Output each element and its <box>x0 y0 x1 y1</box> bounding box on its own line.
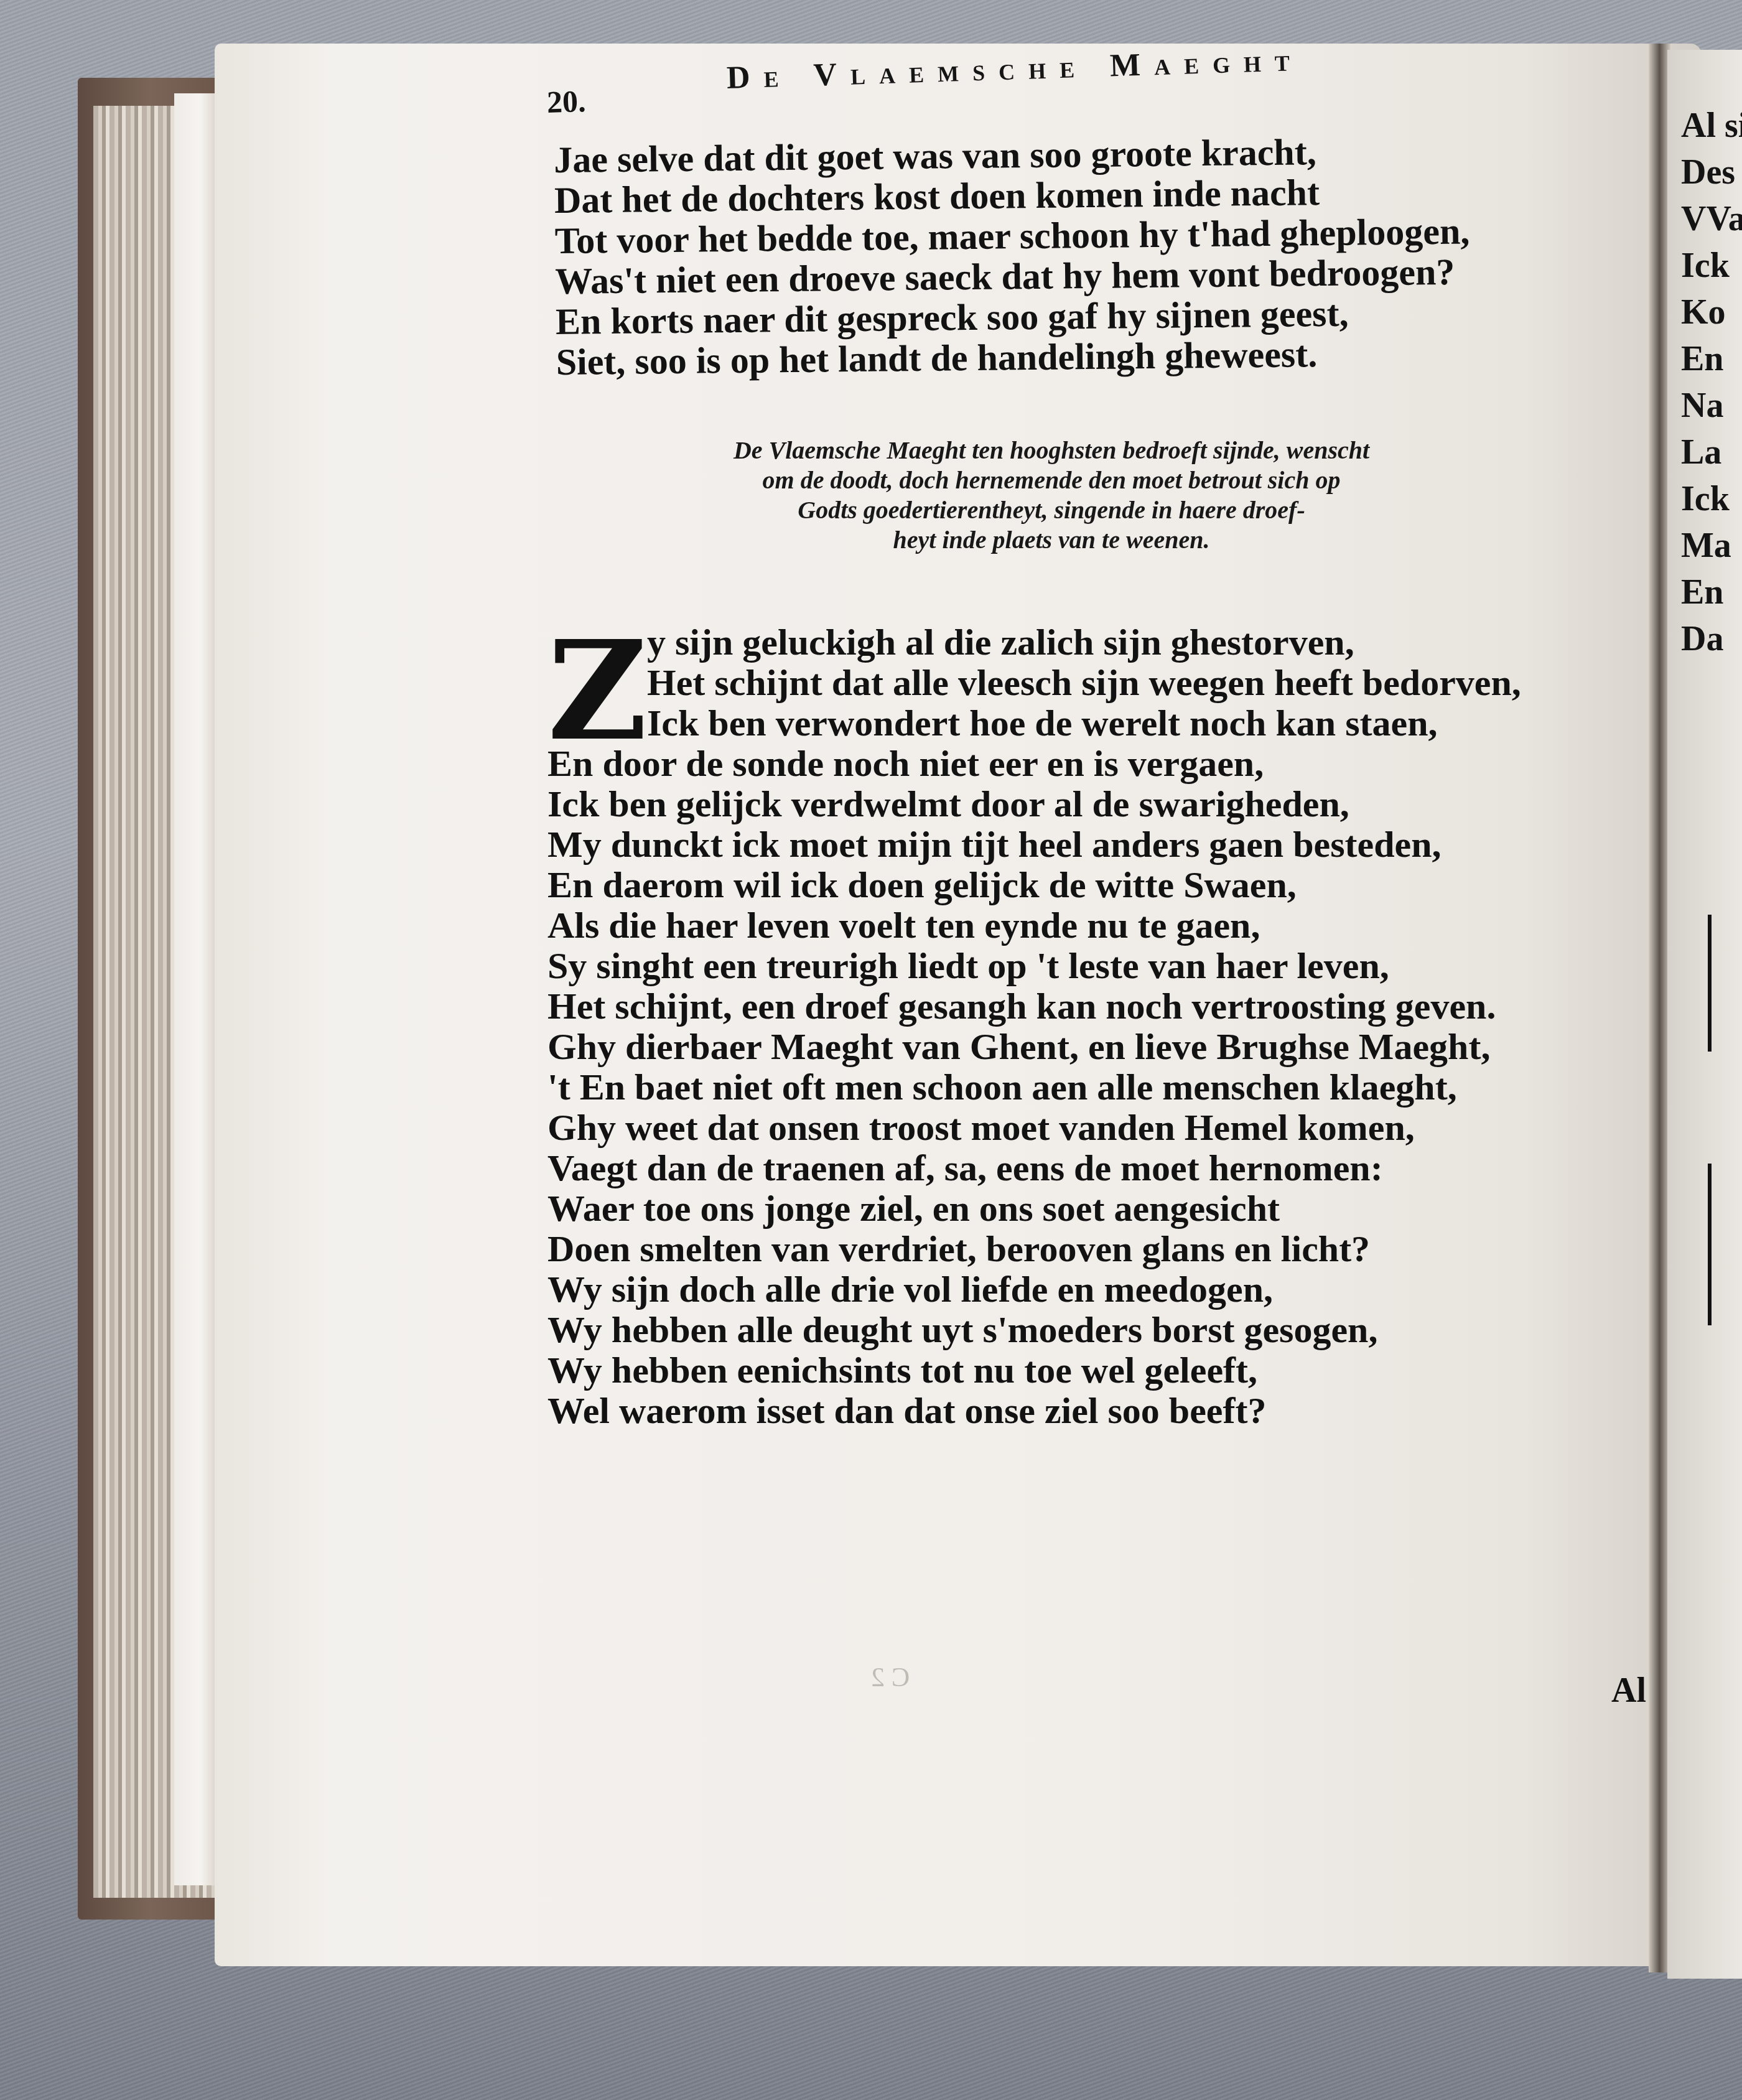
summary-line: Godts goedertierentheyt, singende in hae… <box>659 495 1443 525</box>
verse-line: Ick ben gelijck verdwelmt door al de swa… <box>547 784 1521 824</box>
facing-line: Ick <box>1667 243 1742 289</box>
summary-line: heyt inde plaets van te weenen. <box>659 525 1443 555</box>
catchword: Al <box>1611 1671 1646 1710</box>
facing-line: Des <box>1667 149 1742 196</box>
page-stack-inner <box>174 93 218 1885</box>
show-through-signature: C 2 <box>871 1661 910 1693</box>
verse-line: Wel waerom isset dan dat onse ziel soo b… <box>547 1391 1521 1431</box>
verse-line: Het schijnt dat alle vleesch sijn weegen… <box>547 663 1521 703</box>
verse-line: Sy singht een treurigh liedt op 't leste… <box>547 946 1521 986</box>
section-summary: De Vlaemsche Maeght ten hooghsten bedroe… <box>659 436 1443 555</box>
verse-line: Als die haer leven voelt ten eynde nu te… <box>547 905 1521 946</box>
facing-line: Da <box>1667 616 1742 663</box>
summary-line: De Vlaemsche Maeght ten hooghsten bedroe… <box>659 436 1443 465</box>
facing-page: Al si Des VVa Ick Ko En Na La Ick Ma En … <box>1667 50 1742 1979</box>
verse-line: y sijn geluckigh al die zalich sijn ghes… <box>547 622 1521 663</box>
verse-line: Wy sijn doch alle drie vol liefde en mee… <box>547 1269 1521 1310</box>
verse-line: My dunckt ick moet mijn tijt heel anders… <box>547 824 1521 865</box>
facing-line: Ko <box>1667 289 1742 336</box>
facing-line: Al si <box>1667 103 1742 149</box>
verse-line: Het schijnt, een droef gesangh kan noch … <box>547 986 1521 1027</box>
poem: Z y sijn geluckigh al die zalich sijn gh… <box>547 622 1521 1431</box>
summary-line: om de doodt, doch hernemende den moet be… <box>659 465 1443 495</box>
music-staff-fragment <box>1708 1164 1712 1325</box>
facing-line: Na <box>1667 383 1742 429</box>
page-number: 20. <box>546 83 586 120</box>
facing-line: VVa <box>1667 196 1742 243</box>
intro-verses: Jae selve dat dit goet was van soo groot… <box>554 131 1471 383</box>
facing-line: Ick <box>1667 476 1742 523</box>
facing-line: Ma <box>1667 523 1742 569</box>
verse-line: En daerom wil ick doen gelijck de witte … <box>547 865 1521 905</box>
verse-line: Wy hebben eenichsints tot nu toe wel gel… <box>547 1350 1521 1391</box>
drop-cap: Z <box>547 628 648 753</box>
verse-line: En door de sonde noch niet eer en is ver… <box>547 744 1521 784</box>
music-staff-fragment <box>1708 915 1712 1052</box>
verse-line: Ghy weet dat onsen troost moet vanden He… <box>547 1108 1521 1148</box>
verse-line: Doen smelten van verdriet, berooven glan… <box>547 1229 1521 1269</box>
facing-line: En <box>1667 336 1742 383</box>
facing-line: En <box>1667 569 1742 616</box>
verse-line: 't En baet niet oft men schoon aen alle … <box>547 1067 1521 1108</box>
verse-line: Vaegt dan de traenen af, sa, eens de moe… <box>547 1148 1521 1188</box>
facing-line: La <box>1667 429 1742 476</box>
verse-line: Wy hebben alle deught uyt s'moeders bors… <box>547 1310 1521 1350</box>
verse-line: Ghy dierbaer Maeght van Ghent, en lieve … <box>547 1027 1521 1067</box>
verse-line: Ick ben verwondert hoe de werelt noch ka… <box>547 703 1521 744</box>
verse-line: Waer toe ons jonge ziel, en ons soet aen… <box>547 1188 1521 1229</box>
